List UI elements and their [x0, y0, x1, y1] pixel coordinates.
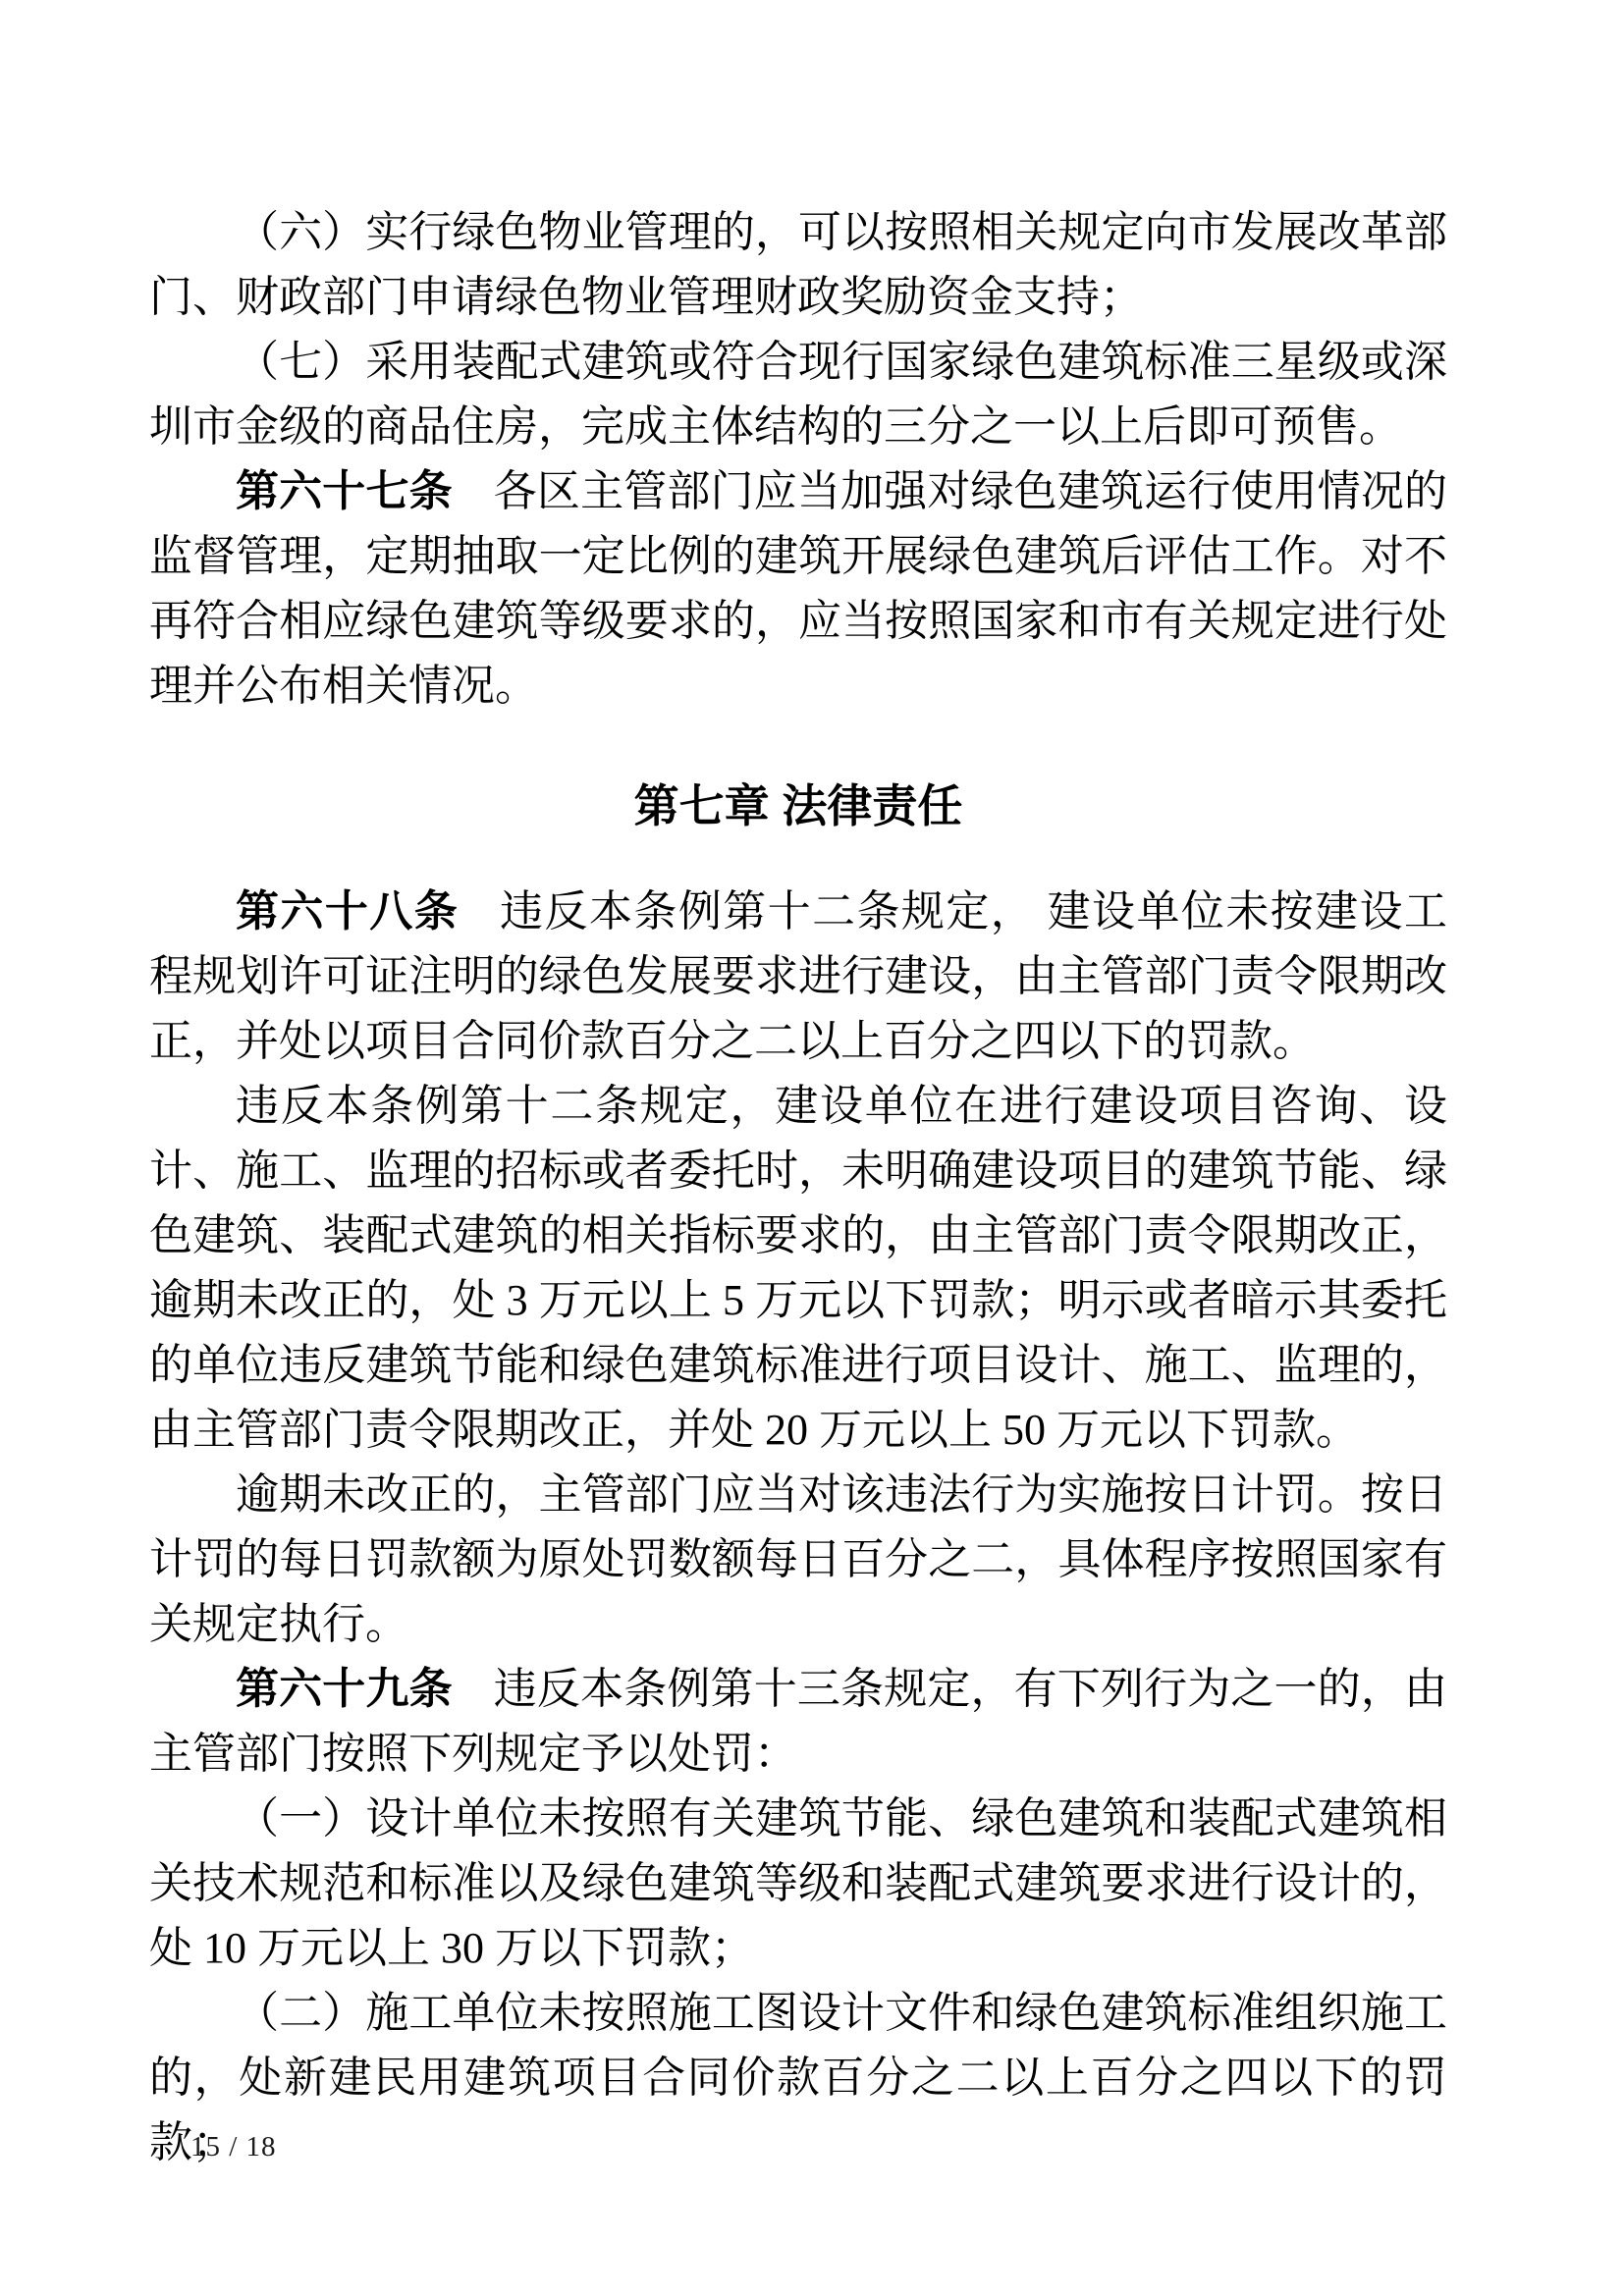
document-page: （六）实行绿色物业管理的，可以按照相关规定向市发展改革部门、财政部门申请绿色物业… [0, 0, 1624, 2296]
article-number: 第六十八条 [236, 887, 459, 935]
paragraph: （二）施工单位未按照施工图设计文件和绿色建筑标准组织施工的，处新建民用建筑项目合… [149, 1981, 1447, 2175]
paragraph: 第六十八条违反本条例第十二条规定， 建设单位未按建设工程规划许可证注明的绿色发展… [149, 880, 1447, 1074]
paragraph: （七）采用装配式建筑或符合现行国家绿色建筑标准三星级或深圳市金级的商品住房，完成… [149, 330, 1447, 459]
chapter-heading: 第七章 法律责任 [149, 774, 1447, 838]
paragraph: 第六十九条违反本条例第十三条规定，有下列行为之一的，由主管部门按照下列规定予以处… [149, 1657, 1447, 1787]
paragraph: （六）实行绿色物业管理的，可以按照相关规定向市发展改革部门、财政部门申请绿色物业… [149, 200, 1447, 330]
paragraph: 第六十七条各区主管部门应当加强对绿色建筑运行使用情况的监督管理，定期抽取一定比例… [149, 459, 1447, 719]
document-body: （六）实行绿色物业管理的，可以按照相关规定向市发展改革部门、财政部门申请绿色物业… [149, 200, 1447, 2175]
paragraph: 逾期未改正的，主管部门应当对该违法行为实施按日计罚。按日计罚的每日罚款额为原处罚… [149, 1463, 1447, 1657]
article-number: 第六十九条 [236, 1665, 453, 1713]
article-number: 第六十七条 [236, 467, 453, 515]
page-number: 15 / 18 [190, 2130, 277, 2163]
paragraph: （一）设计单位未按照有关建筑节能、绿色建筑和装配式建筑相关技术规范和标准以及绿色… [149, 1787, 1447, 1981]
paragraph: 违反本条例第十二条规定，建设单位在进行建设项目咨询、设计、施工、监理的招标或者委… [149, 1074, 1447, 1463]
